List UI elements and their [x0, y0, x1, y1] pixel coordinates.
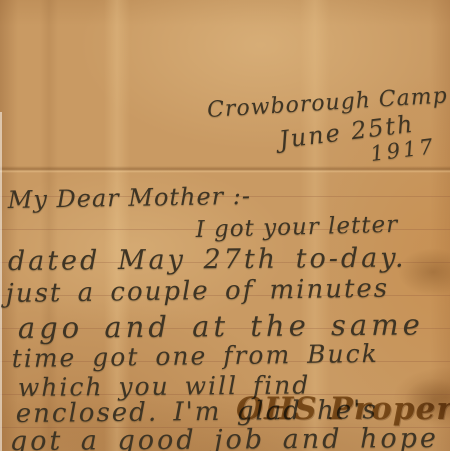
letter-page: Crowborough Camp June 25th 1917 My Dear … — [0, 0, 450, 451]
horizontal-crease — [0, 166, 450, 173]
body-line: got a good job and hope — [10, 423, 439, 451]
scan-edge-highlight — [0, 112, 2, 451]
body-line: just a couple of minutes — [6, 274, 390, 309]
salutation-line: My Dear Mother :- — [8, 182, 252, 214]
body-line: time got one from Buck — [12, 339, 379, 373]
ownership-watermark: OHS Property — [236, 391, 450, 427]
body-line: I got your letter — [195, 212, 398, 243]
body-line: dated May 27th to-day. — [8, 243, 407, 277]
